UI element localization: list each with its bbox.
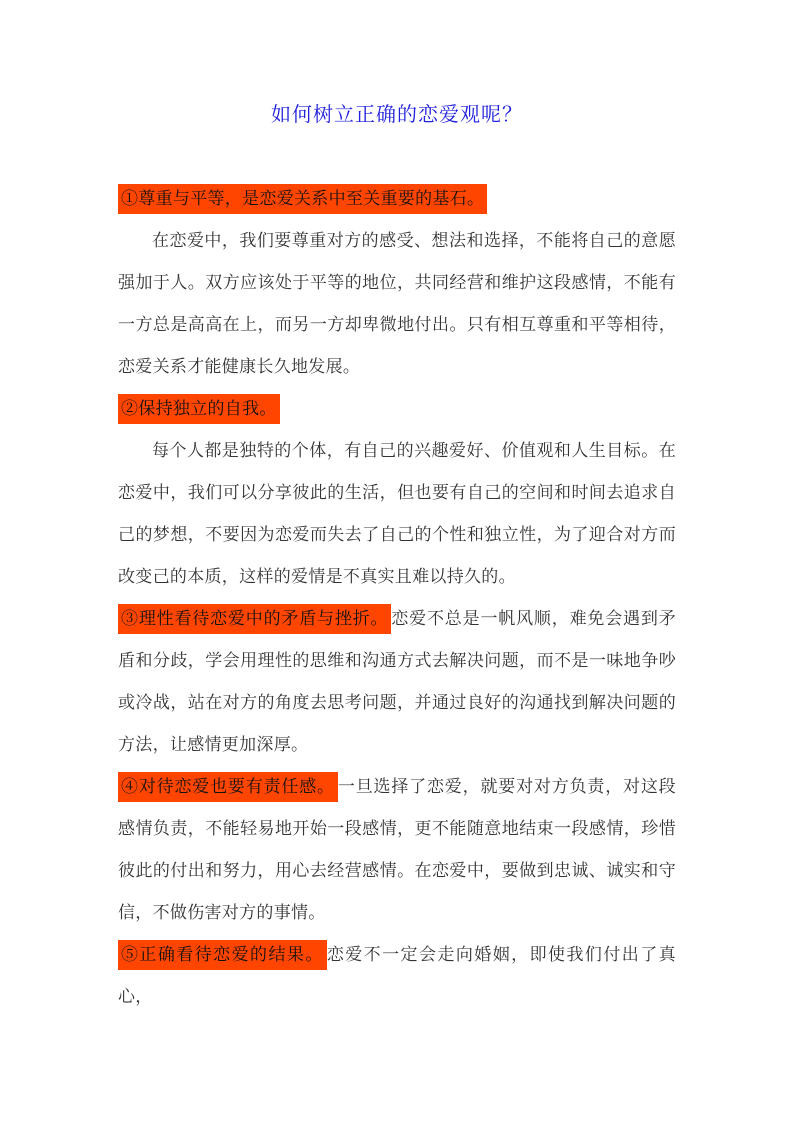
section-1-heading-highlight: ①尊重与平等，是恋爱关系中至关重要的基石。: [118, 184, 487, 214]
section-4-paragraph: ④对待恋爱也要有责任感。一旦选择了恋爱，就要对对方负责，对这段感情负责，不能轻易…: [118, 766, 676, 934]
section-1-body: 在恋爱中，我们要尊重对方的感受、想法和选择，不能将自己的意愿强加于人。双方应该处…: [118, 220, 676, 388]
section-1-heading-line: ①尊重与平等，是恋爱关系中至关重要的基石。: [118, 178, 676, 220]
section-2-heading-highlight: ②保持独立的自我。: [118, 394, 280, 424]
document-page: 如何树立正确的恋爱观呢？ ①尊重与平等，是恋爱关系中至关重要的基石。 在恋爱中，…: [0, 0, 793, 1122]
section-3-paragraph: ③理性看待恋爱中的矛盾与挫折。恋爱不总是一帆风顺，难免会遇到矛盾和分歧，学会用理…: [118, 598, 676, 766]
document-title: 如何树立正确的恋爱观呢？: [118, 100, 676, 128]
section-2-heading-line: ②保持独立的自我。: [118, 388, 676, 430]
section-5-paragraph: ⑤正确看待恋爱的结果。恋爱不一定会走向婚姻，即使我们付出了真心，: [118, 934, 676, 1018]
section-2-body: 每个人都是独特的个体，有自己的兴趣爱好、价值观和人生目标。在恋爱中，我们可以分享…: [118, 430, 676, 598]
section-4-heading-highlight: ④对待恋爱也要有责任感。: [118, 772, 338, 802]
section-3-heading-highlight: ③理性看待恋爱中的矛盾与挫折。: [118, 604, 391, 634]
section-5-heading-highlight: ⑤正确看待恋爱的结果。: [118, 940, 327, 970]
